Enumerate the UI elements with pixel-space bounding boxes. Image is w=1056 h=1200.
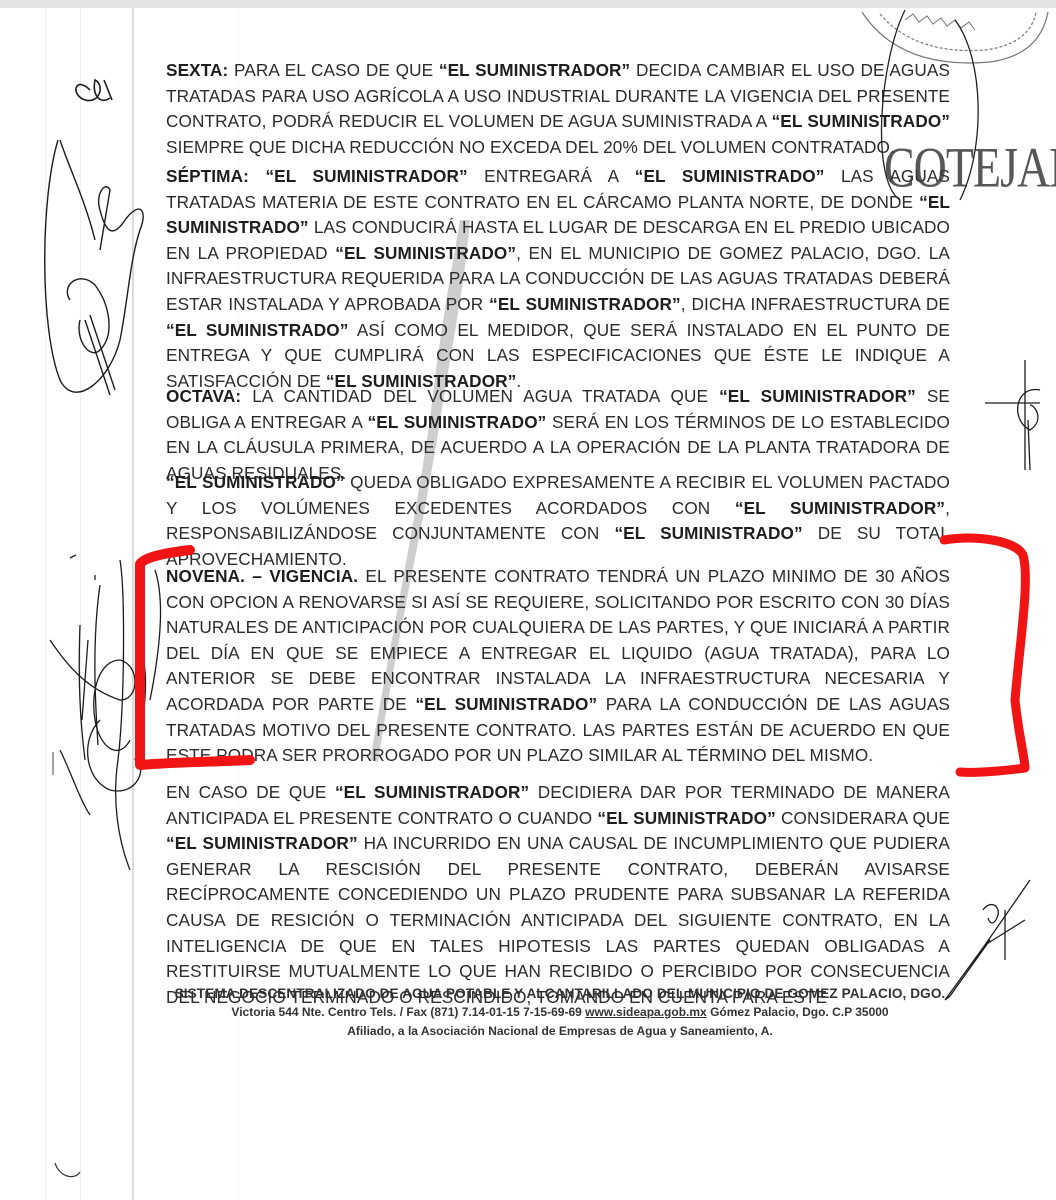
official-seal-icon xyxy=(862,12,1048,63)
signature-initials-top xyxy=(76,80,112,101)
scan-margin-line xyxy=(80,8,81,1200)
party-name: “EL SUMINISTRADO” xyxy=(166,472,345,492)
footer-address-pre: Victoria 544 Nte. Centro Tels. / Fax (87… xyxy=(231,1005,585,1019)
clause-suministrado-obligado: “EL SUMINISTRADO” QUEDA OBLIGADO EXPRESA… xyxy=(166,470,950,572)
party-name: “EL SUMINISTRADO” xyxy=(597,808,775,828)
party-name: “EL SUMINISTRADO” xyxy=(415,694,597,714)
clause-heading: SÉPTIMA: xyxy=(166,166,249,186)
clause-text: EL PRESENTE CONTRATO TENDRÁ UN PLAZO MIN… xyxy=(166,566,950,714)
signature-upper-left xyxy=(45,140,143,395)
party-name: “EL SUMINISTRADO” xyxy=(614,523,802,543)
red-bracket-right xyxy=(944,538,1025,772)
signature-lower-left xyxy=(50,555,160,870)
footer-organization: SISTEMA DESCENTRALIZADO DE AGUA POTABLE … xyxy=(150,986,970,1001)
clause-heading: OCTAVA: xyxy=(166,386,241,406)
clause-heading: NOVENA. – VIGENCIA. xyxy=(166,566,358,586)
clause-text xyxy=(249,166,266,186)
clause-text: HA INCURRIDO EN UNA CAUSAL DE INCUMPLIMI… xyxy=(166,833,950,1007)
signature-right-middle xyxy=(985,360,1040,470)
footer-affiliation: Afiliado, a la Asociación Nacional de Em… xyxy=(150,1024,970,1038)
clause-text: LA CANTIDAD DEL VOLUMEN AGUA TRATADA QUE xyxy=(241,386,719,406)
party-name: “EL SUMINISTRADOR” xyxy=(489,294,681,314)
viewer-top-bar xyxy=(0,0,1056,8)
signature-right-bottom xyxy=(945,880,1030,1000)
party-name: “EL SUMINISTRADOR” xyxy=(439,60,630,80)
scan-margin-line xyxy=(45,8,46,1200)
clause-text: CONSIDERARA QUE xyxy=(776,808,950,828)
party-name: “EL SUMINISTRADOR” xyxy=(335,782,529,802)
clause-septima: SÉPTIMA: “EL SUMINISTRADOR” ENTREGARÁ A … xyxy=(166,164,950,394)
party-name: “EL SUMINISTRADOR” xyxy=(719,386,916,406)
cotejado-stamp: COTEJAD xyxy=(884,134,1056,200)
footer-website-link[interactable]: www.sideapa.gob.mx xyxy=(585,1005,707,1019)
clause-text: , DICHA INFRAESTRUCTURA DE xyxy=(681,294,950,314)
party-name: “EL SUMINISTRADOR” xyxy=(166,833,358,853)
party-name: “EL SUMINISTRADOR” xyxy=(265,166,467,186)
party-name: “EL SUMINISTRADO” xyxy=(635,166,825,186)
footer-address-post: Gómez Palacio, Dgo. C.P 35000 xyxy=(707,1005,889,1019)
clause-text: PARA EL CASO DE QUE xyxy=(228,60,439,80)
party-name: “EL SUMINISTRADO” xyxy=(368,412,547,432)
clause-text: EN CASO DE QUE xyxy=(166,782,335,802)
clause-novena-vigencia: NOVENA. – VIGENCIA. EL PRESENTE CONTRATO… xyxy=(166,564,950,769)
clause-text: ENTREGARÁ A xyxy=(468,166,635,186)
party-name: “EL SUMINISTRADO” xyxy=(772,111,950,131)
clause-heading: SEXTA: xyxy=(166,60,228,80)
footer-address: Victoria 544 Nte. Centro Tels. / Fax (87… xyxy=(150,1005,970,1019)
edge-mark xyxy=(55,1163,80,1177)
clause-terminacion-anticipada: EN CASO DE QUE “EL SUMINISTRADOR” DECIDI… xyxy=(166,780,950,1010)
clause-text: SIEMPRE QUE DICHA REDUCCIÓN NO EXCEDA DE… xyxy=(166,137,895,157)
party-name: “EL SUMINISTRADO” xyxy=(166,320,348,340)
scan-margin-line xyxy=(132,8,134,1200)
clause-sexta: SEXTA: PARA EL CASO DE QUE “EL SUMINISTR… xyxy=(166,58,950,160)
party-name: “EL SUMINISTRADO” xyxy=(335,243,516,263)
party-name: “EL SUMINISTRADOR” xyxy=(735,498,945,518)
